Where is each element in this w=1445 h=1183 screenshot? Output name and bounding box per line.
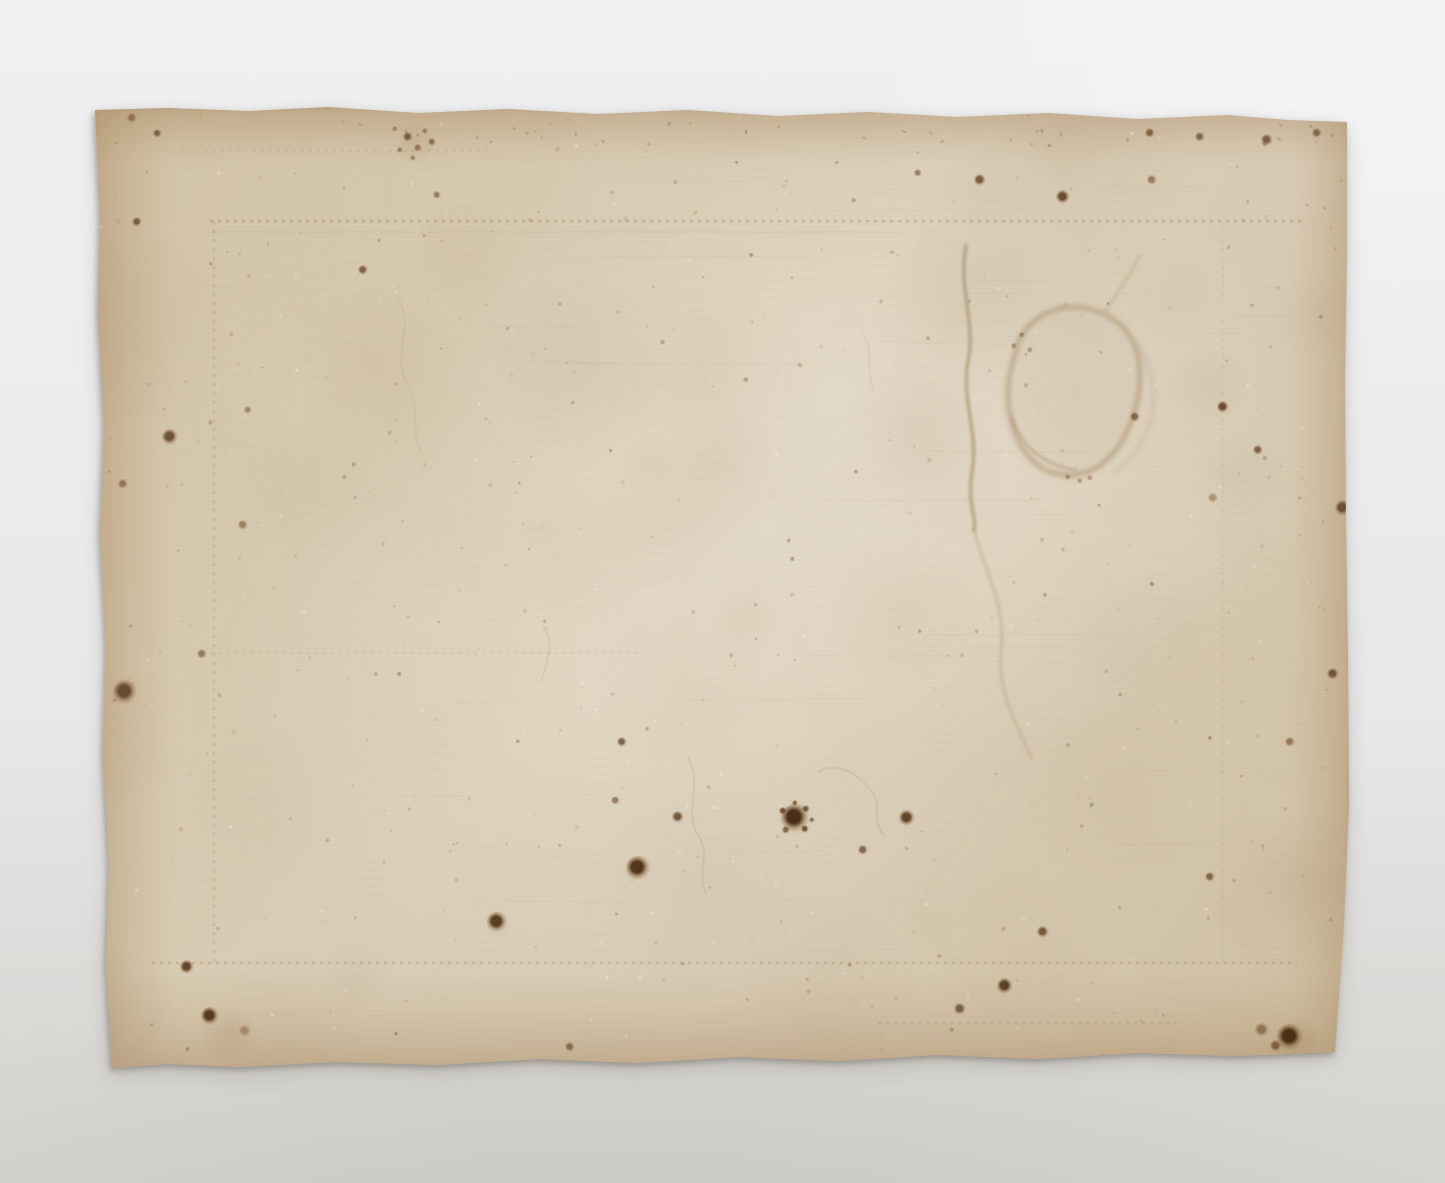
paper-sheet (88, 104, 1354, 1076)
paper-clip-shape (88, 104, 1354, 1076)
photo-frame (0, 0, 1445, 1183)
paper-edge-shading (88, 104, 1354, 1076)
